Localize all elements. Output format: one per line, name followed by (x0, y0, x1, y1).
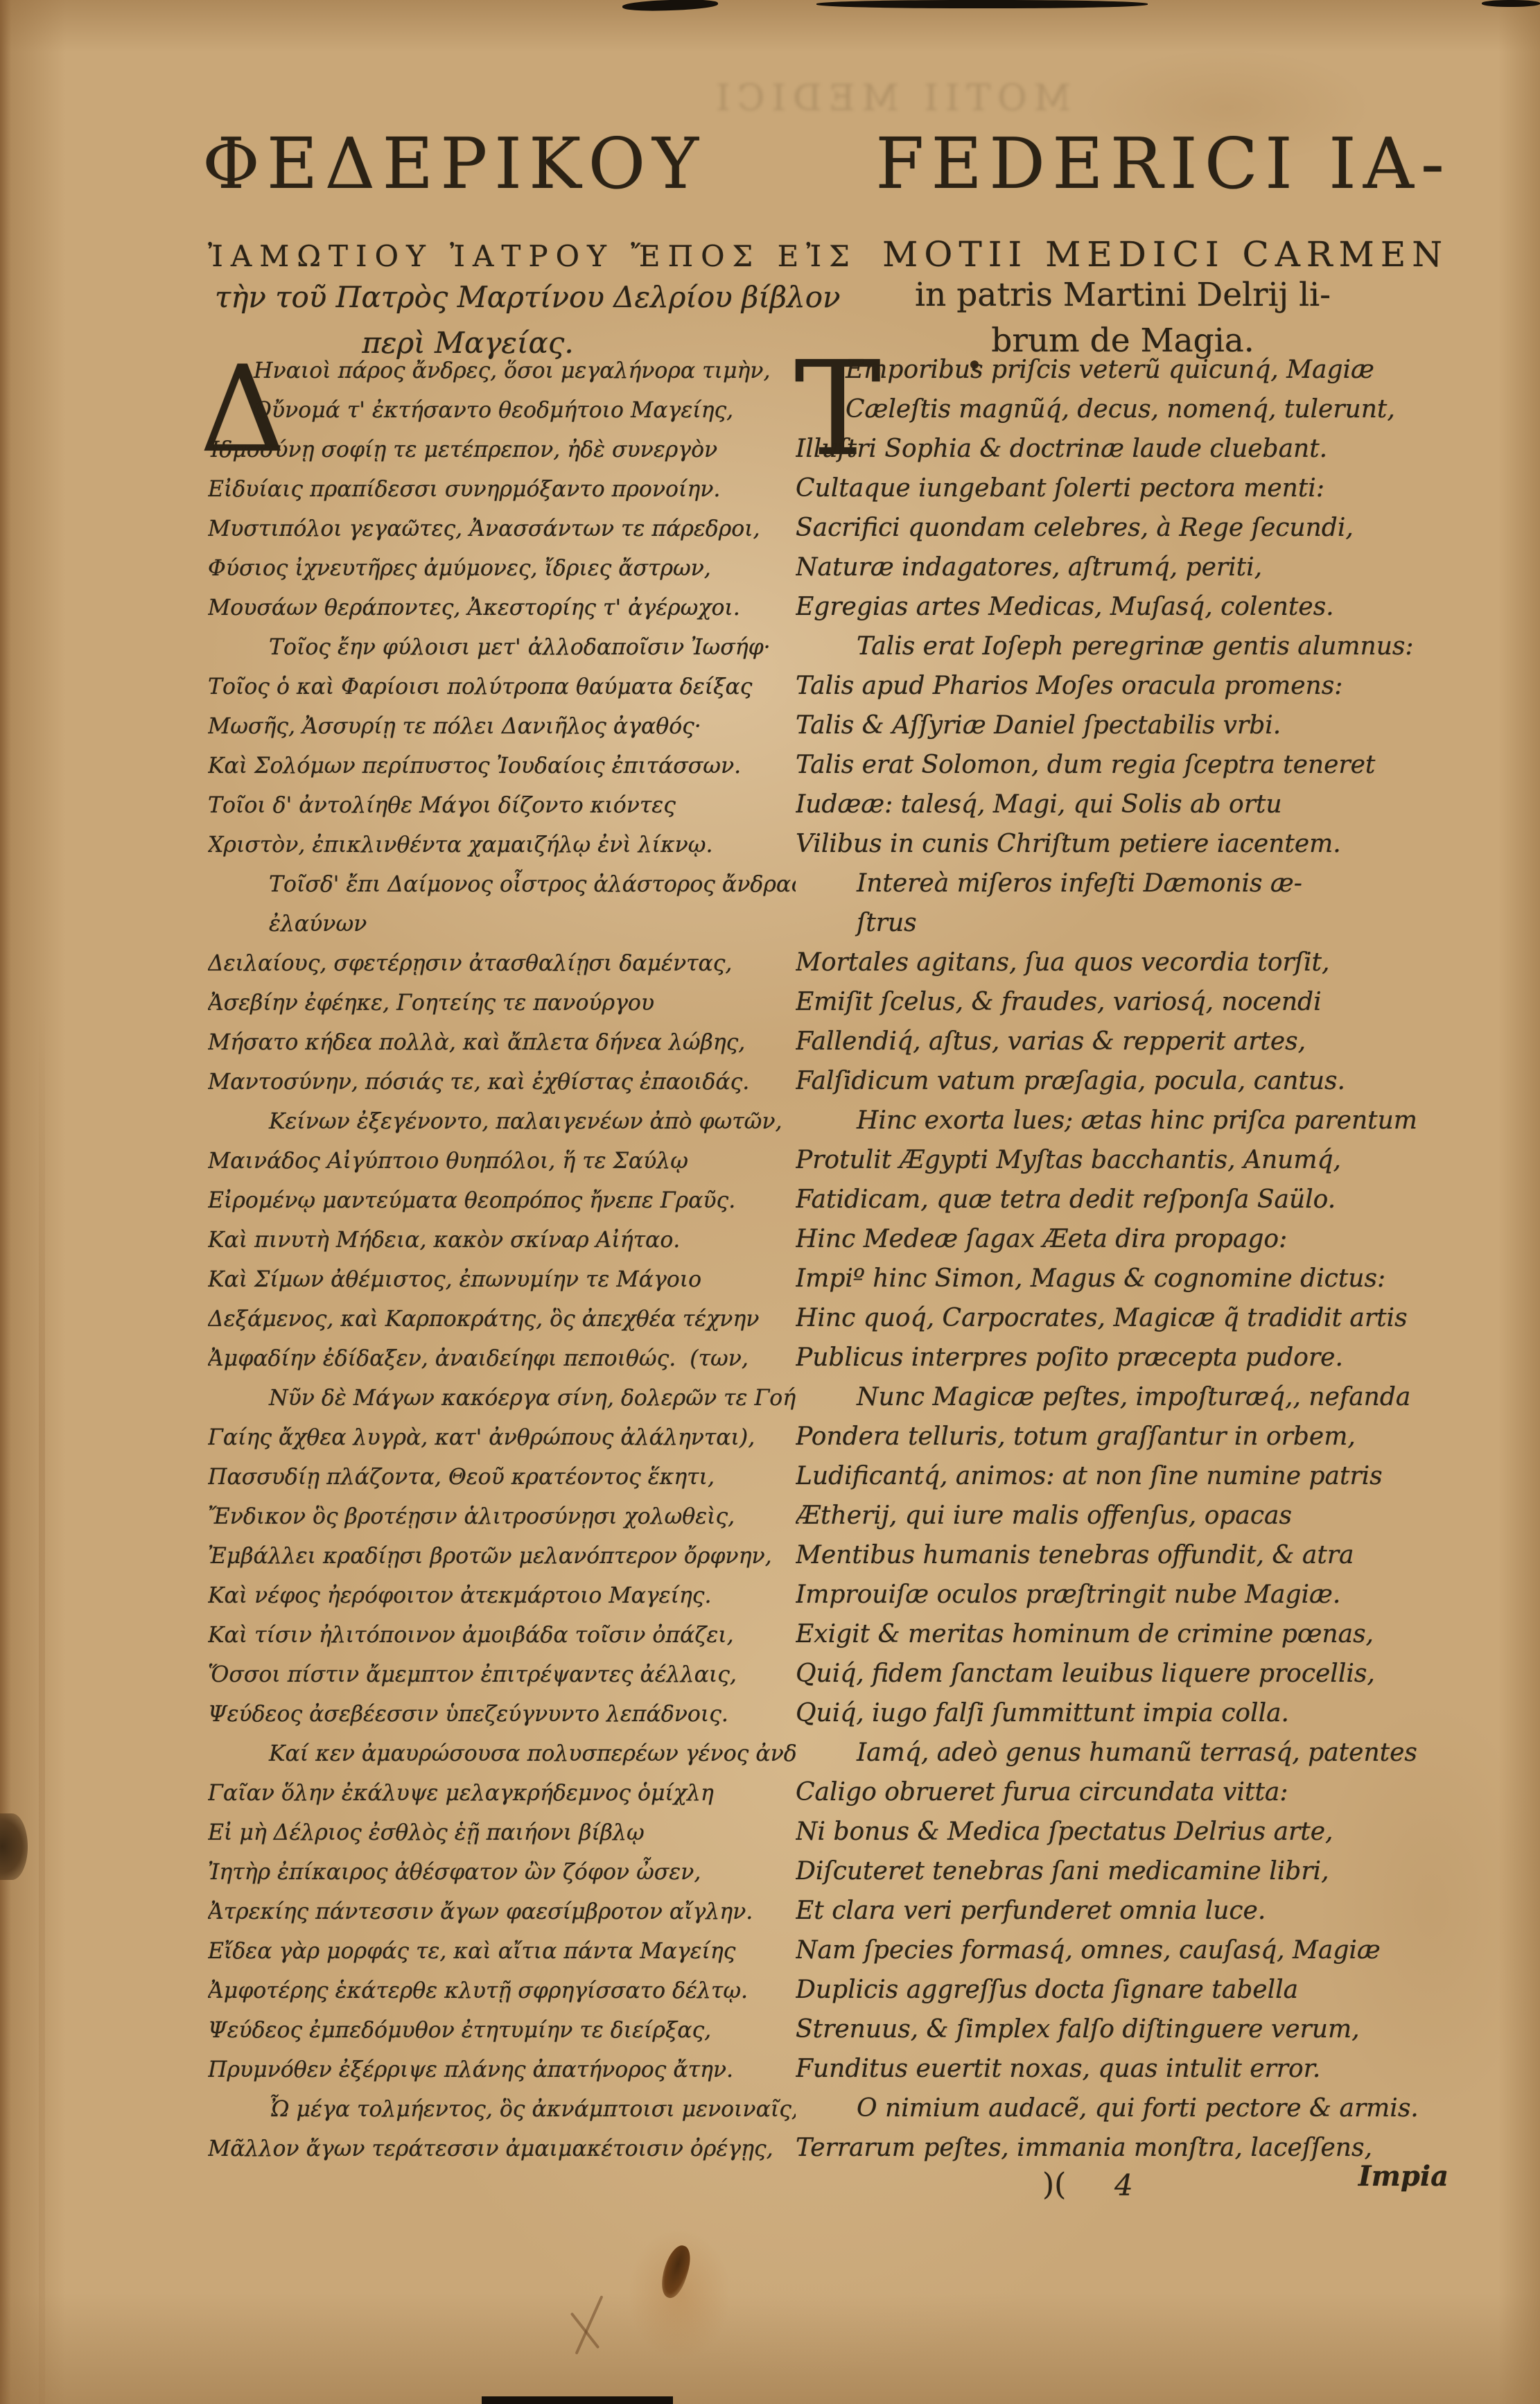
scan-smudge-top-right (1482, 0, 1540, 7)
greek-verse-line: Εἰδυίαις πραπίδεσσι συνηρμόξαντο προνοίη… (208, 470, 796, 509)
greek-verse-line: ἐλαύνων (208, 905, 796, 944)
greek-verse-line: Καὶ Σίμων ἀθέμιστος, ἐπωνυμίην τε Μάγοιο (208, 1260, 796, 1300)
verse-row: Ἰδμοσύνῃ σοφίῃ τε μετέπρεπον, ἠδὲ συνεργ… (208, 429, 1455, 469)
latin-verse-line: Et clara veri perfunderet omnia luce. (796, 1891, 1455, 1931)
verse-row: Κείνων ἐξεγένοντο, παλαιγενέων ἀπὸ φωτῶν… (208, 1101, 1455, 1140)
greek-verse-line: Ψεύδεος ἀσεβέεσσιν ὑπεζεύγνυντο λεπάδνοι… (208, 1695, 796, 1734)
catchword: Impia (1317, 2160, 1449, 2193)
greek-verse-line: Ἀτρεκίης πάντεσσιν ἄγων φαεσίμβροτον αἴγ… (208, 1892, 796, 1932)
greek-verse-line: Ἀμφοτέρης ἑκάτερθε κλυτῇ σφρηγίσσατο δέλ… (208, 1971, 796, 2011)
verse-row: Ἰητὴρ ἐπίκαιρος ἀθέσφατον ὢν ζόφον ὦσεν,… (208, 1852, 1455, 1891)
greek-verse-line: Ἰδμοσύνῃ σοφίῃ τε μετέπρεπον, ἠδὲ συνεργ… (208, 430, 796, 470)
greek-verse-line: Μαινάδος Αἰγύπτοιο θυηπόλοι, ἥ τε Σαύλῳ (208, 1142, 796, 1181)
latin-verse-line: Hinc exorta lues; ætas hinc priſca paren… (796, 1101, 1455, 1140)
verse-row: Ἀμφοτέρης ἑκάτερθε κλυτῇ σφρηγίσσατο δέλ… (208, 1970, 1455, 2010)
verse-row: Μαινάδος Αἰγύπτοιο θυηπόλοι, ἥ τε ΣαύλῳP… (208, 1140, 1455, 1180)
latin-verse-line: Fatidicam, quæ tetra dedit reſponſa Saül… (796, 1180, 1455, 1219)
page-title: ΦΕΔΕΡΙΚΟΥ FEDERICI IA- (202, 129, 1451, 199)
greek-verse-line: Ἔνδικον ὃς βροτέῃσιν ἁλιτροσύνῃσι χολωθε… (208, 1497, 796, 1537)
verse-row: Τοῖσδ' ἔπι Δαίμονος οἶστρος ἀλάστορος ἄν… (208, 864, 1455, 903)
greek-verse-line: Οὔνομά τ' ἐκτήσαντο θεοδμήτοιο Μαγείης, (208, 391, 796, 430)
greek-verse-line: Χριστὸν, ἐπικλινθέντα χαμαιζήλῳ ἐνὶ λίκν… (208, 826, 796, 865)
verse-row: Γαίης ἄχθεα λυγρὰ, κατ' ἀνθρώπους ἀλάλην… (208, 1417, 1455, 1456)
verse-row: ἐλαύνωνſtrus (208, 903, 1455, 943)
latin-verse-line: Mortales agitans, ſua quos vecordia torſ… (796, 943, 1455, 982)
greek-verse-line: Εἰρομένῳ μαντεύματα θεοπρόπος ἤνεπε Γραῦ… (208, 1181, 796, 1221)
verse-row: Πασσυδίῃ πλάζοντα, Θεοῦ κρατέοντος ἕκητι… (208, 1456, 1455, 1496)
verse-row: Ἀτρεκίης πάντεσσιν ἄγων φαεσίμβροτον αἴγ… (208, 1891, 1455, 1931)
greek-verse-line: Πρυμνόθεν ἐξέρριψε πλάνης ἀπατήνορος ἄτη… (208, 2050, 796, 2090)
bleed-through-ghost-text: MOTII MEDICI (627, 78, 1071, 119)
verse-row: Πρυμνόθεν ἐξέρριψε πλάνης ἀπατήνορος ἄτη… (208, 2049, 1455, 2089)
verse-row: Καὶ τίσιν ἠλιτόποινον ἀμοιβάδα τοῖσιν ὀπ… (208, 1614, 1455, 1654)
greek-verse-line: Ηναιοὶ πάρος ἄνδρες, ὅσοι μεγαλήνορα τιμ… (208, 351, 796, 391)
greek-verse-line: Ἀμφαδίην ἐδίδαξεν, ἀναιδείηφι πεποιθώς. … (208, 1339, 796, 1379)
latin-verse-line: Quiq́, fidem ſanctam leuibus liquere pro… (796, 1654, 1455, 1693)
greek-verse-line: Καί κεν ἀμαυρώσουσα πολυσπερέων γένος ἀν… (208, 1734, 796, 1774)
greek-verse-line: Τοῖσδ' ἔπι Δαίμονος οἶστρος ἀλάστορος ἄν… (208, 865, 796, 905)
verse-row: Τοῖος ἔην φύλοισι μετ' ἀλλοδαποῖσιν Ἰωσή… (208, 627, 1455, 666)
latin-verse-line: Vilibus in cunis Chriſtum petiere iacent… (796, 824, 1455, 864)
subtitle-caps-row: ἸΑΜΩΤΙΟΥ ἸΑΤΡΟΥ ἜΠΟΣ ΕἸΣ MOTII MEDICI CA… (208, 234, 1449, 275)
latin-verse-line: Fallendiq́, aſtus, varias & repperit art… (796, 1022, 1455, 1061)
latin-verse-line: Sacrifici quondam celebres, à Rege ſecun… (796, 508, 1455, 548)
verse-row: Οὔνομά τ' ἐκτήσαντο θεοδμήτοιο Μαγείης,C… (208, 390, 1455, 429)
subtitle-greek-line2: τὴν τοῦ Πατρὸς Μαρτίνου Δελρίου βίβλον (215, 280, 721, 314)
verse-row: Καὶ νέφος ἠερόφοιτον ἀτεκμάρτοιο Μαγείης… (208, 1575, 1455, 1614)
paper-crease (39, 1005, 45, 2404)
latin-verse-line: Iamq́, adeò genus humanũ terrasq́, paten… (796, 1733, 1455, 1772)
latin-verse-line: Ludificantq́, animos: at non ſine numine… (796, 1456, 1455, 1496)
latin-verse-line: Strenuus, & ſimplex falſo diſtinguere ve… (796, 2010, 1455, 2049)
latin-verse-line: Talis apud Pharios Moſes oracula promens… (796, 666, 1455, 706)
greek-verse-line: Τοῖος ἔην φύλοισι μετ' ἀλλοδαποῖσιν Ἰωσή… (208, 628, 796, 668)
verse-row: Δειλαίους, σφετέρῃσιν ἀτασθαλίῃσι δαμέντ… (208, 943, 1455, 982)
verse-row: Ψεύδεος ἐμπεδόμυθον ἐτητυμίην τε διείρξα… (208, 2010, 1455, 2049)
latin-verse-line: Ætherij, qui iure malis offenſus, opacas (796, 1496, 1455, 1535)
greek-verse-line: Γαῖαν ὅλην ἐκάλυψε μελαγκρήδεμνος ὁμίχλη (208, 1774, 796, 1813)
verse-row: Ὦ μέγα τολμήεντος, ὃς ἀκνάμπτοισι μενοιν… (208, 2089, 1455, 2128)
verse-row: Ψεύδεος ἀσεβέεσσιν ὑπεζεύγνυντο λεπάδνοι… (208, 1693, 1455, 1733)
latin-verse-line: Funditus euertit noxas, quas intulit err… (796, 2049, 1455, 2089)
greek-verse-line: Ἀσεβίην ἐφέηκε, Γοητείης τε πανούργου (208, 984, 796, 1023)
latin-verse-line: Egregias artes Medicas, Muſasq́, colente… (796, 587, 1455, 627)
verse-row: Ὅσσοι πίστιν ἄμεμπτον ἐπιτρέψαντες ἀέλλα… (208, 1654, 1455, 1693)
verse-row: Καὶ Σολόμων περίπυστος Ἰουδαίοις ἐπιτάσσ… (208, 745, 1455, 785)
latin-verse-line: Illuſtri Sophia & doctrinæ laude clueban… (796, 429, 1455, 469)
verse-columns: Ηναιοὶ πάρος ἄνδρες, ὅσοι μεγαλήνορα τιμ… (208, 350, 1455, 2168)
greek-verse-line: Ψεύδεος ἐμπεδόμυθον ἐτητυμίην τε διείρξα… (208, 2011, 796, 2050)
greek-verse-line: Μᾶλλον ἄγων τεράτεσσιν ἀμαιμακέτοισιν ὀρ… (208, 2129, 796, 2169)
latin-verse-line: O nimium audacẽ, qui forti pectore & arm… (796, 2089, 1455, 2128)
latin-verse-line: Publicus interpres poſito præcepta pudor… (796, 1338, 1455, 1377)
latin-verse-line: Naturæ indagatores, aſtrumq́, periti, (796, 548, 1455, 587)
greek-verse-line: Ἐμβάλλει κραδίῃσι βροτῶν μελανόπτερον ὄρ… (208, 1537, 796, 1576)
verse-row: Μήσατο κήδεα πολλὰ, καὶ ἄπλετα δήνεα λώβ… (208, 1022, 1455, 1061)
latin-verse-line: Improuiſæ oculos præſtringit nube Magiæ. (796, 1575, 1455, 1614)
verse-row: Μωσῆς, Ἀσσυρίῃ τε πόλει Δανιῆλος ἀγαθός·… (208, 706, 1455, 745)
greek-verse-line: Νῦν δὲ Μάγων κακόεργα σίνη, δολερῶν τε Γ… (208, 1379, 796, 1418)
scan-smudge-bottom (482, 2396, 673, 2404)
verse-row: Τοῖοι δ' ἀντολίηθε Μάγοι δίζοντο κιόντες… (208, 785, 1455, 824)
greek-verse-line: Κείνων ἐξεγένοντο, παλαιγενέων ἀπὸ φωτῶν… (208, 1102, 796, 1142)
latin-verse-line: Mentibus humanis tenebras offundit, & at… (796, 1535, 1455, 1575)
subtitle-latin-caps: MOTII MEDICI CARMEN (882, 234, 1449, 275)
verse-row: Εἰδυίαις πραπίδεσσι συνηρμόξαντο προνοίη… (208, 469, 1455, 508)
signature-number: 4 (1114, 2168, 1133, 2202)
verse-row: Καὶ πινυτὴ Μήδεια, κακὸν σκίναρ Αἰήταο.H… (208, 1219, 1455, 1259)
verse-row: Χριστὸν, ἐπικλινθέντα χαμαιζήλῳ ἐνὶ λίκν… (208, 824, 1455, 864)
verse-row: Εἴδεα γὰρ μορφάς τε, καὶ αἴτια πάντα Μαγ… (208, 1931, 1455, 1970)
latin-verse-line: Emporibus priſcis veterũ quicunq́, Magiæ (796, 350, 1455, 390)
latin-verse-line: ſtrus (796, 903, 1455, 943)
greek-verse-line: Εἰ μὴ Δέλριος ἐσθλὸς ἑῇ παιήονι βίβλῳ (208, 1813, 796, 1853)
verse-row: Γαῖαν ὅλην ἐκάλυψε μελαγκρήδεμνος ὁμίχλη… (208, 1772, 1455, 1812)
latin-verse-line: Nunc Magicæ peſtes, impoſturæq́,, nefand… (796, 1377, 1455, 1417)
verse-row: Ἀμφαδίην ἐδίδαξεν, ἀναιδείηφι πεποιθώς. … (208, 1338, 1455, 1377)
latin-verse-line: Falſidicum vatum præſagia, pocula, cantu… (796, 1061, 1455, 1101)
greek-verse-line: Μυστιπόλοι γεγαῶτες, Ἀνασσάντων τε πάρεδ… (208, 509, 796, 549)
pen-mark (570, 2312, 600, 2349)
greek-verse-line: Καὶ πινυτὴ Μήδεια, κακὸν σκίναρ Αἰήταο. (208, 1221, 796, 1260)
latin-verse-line: Hinc quoq́, Carpocrates, Magicæ q̃ tradi… (796, 1298, 1455, 1338)
latin-verse-line: Exigit & meritas hominum de crimine pœna… (796, 1614, 1455, 1654)
latin-verse-line: Hinc Medeæ ſagax Æeta dira propago: (796, 1219, 1455, 1259)
greek-verse-line: Πασσυδίῃ πλάζοντα, Θεοῦ κρατέοντος ἕκητι… (208, 1458, 796, 1497)
greek-verse-line: Καὶ Σολόμων περίπυστος Ἰουδαίοις ἐπιτάσσ… (208, 747, 796, 786)
verse-row: Εἰρομένῳ μαντεύματα θεοπρόπος ἤνεπε Γραῦ… (208, 1180, 1455, 1219)
scan-smudge-top-center (816, 0, 1148, 8)
scan-smudge-top-left (622, 0, 718, 12)
verse-row: Μουσάων θεράποντες, Ἀκεστορίης τ' ἀγέρωχ… (208, 587, 1455, 627)
latin-verse-line: Ni bonus & Medica ſpectatus Delrius arte… (796, 1812, 1455, 1852)
greek-verse-line: Καὶ τίσιν ἠλιτόποινον ἀμοιβάδα τοῖσιν ὀπ… (208, 1616, 796, 1655)
latin-verse-line: Cæleſtis magnũq́, decus, nomenq́, tuleru… (796, 390, 1455, 429)
latin-verse-line: Protulit Ægypti Myſtas bacchantis, Anumq… (796, 1140, 1455, 1180)
latin-verse-line: Intereà miſeros infeſti Dæmonis æ- (796, 864, 1455, 903)
verse-row: Καί κεν ἀμαυρώσουσα πολυσπερέων γένος ἀν… (208, 1733, 1455, 1772)
greek-verse-line: Τοῖοι δ' ἀντολίηθε Μάγοι δίζοντο κιόντες (208, 786, 796, 826)
greek-verse-line: Μωσῆς, Ἀσσυρίῃ τε πόλει Δανιῆλος ἀγαθός· (208, 707, 796, 747)
verse-row: Μᾶλλον ἄγων τεράτεσσιν ἀμαιμακέτοισιν ὀρ… (208, 2128, 1455, 2168)
verse-row: Εἰ μὴ Δέλριος ἐσθλὸς ἑῇ παιήονι βίβλῳNi … (208, 1812, 1455, 1852)
verse-row: Ηναιοὶ πάρος ἄνδρες, ὅσοι μεγαλήνορα τιμ… (208, 350, 1455, 390)
latin-verse-line: Quiq́, iugo falſi ſummittunt impia colla… (796, 1693, 1455, 1733)
verse-row: Φύσιος ἰχνευτῆρες ἀμύμονες, ἴδριες ἄστρω… (208, 548, 1455, 587)
greek-verse-line: Δεξάμενος, καὶ Καρποκράτης, ὃς ἀπεχθέα τ… (208, 1300, 796, 1339)
latin-verse-line: Cultaque iungebant ſolerti pectora menti… (796, 469, 1455, 508)
title-greek: ΦΕΔΕΡΙΚΟΥ (202, 129, 706, 199)
verse-row: Νῦν δὲ Μάγων κακόεργα σίνη, δολερῶν τε Γ… (208, 1377, 1455, 1417)
greek-verse-line: Ἰητὴρ ἐπίκαιρος ἀθέσφατον ὢν ζόφον ὦσεν, (208, 1853, 796, 1892)
greek-verse-line: Ὦ μέγα τολμήεντος, ὃς ἀκνάμπτοισι μενοιν… (208, 2090, 796, 2129)
greek-verse-line: Φύσιος ἰχνευτῆρες ἀμύμονες, ἴδριες ἄστρω… (208, 549, 796, 589)
greek-verse-line: Εἴδεα γὰρ μορφάς τε, καὶ αἴτια πάντα Μαγ… (208, 1932, 796, 1971)
greek-verse-line: Μαντοσύνην, πόσιάς τε, καὶ ἐχθίστας ἐπαο… (208, 1063, 796, 1102)
greek-verse-line: Καὶ νέφος ἠερόφοιτον ἀτεκμάρτοιο Μαγείης… (208, 1576, 796, 1616)
latin-verse-line: Talis erat Ioſeph peregrinæ gentis alumn… (796, 627, 1455, 666)
greek-verse-line: Γαίης ἄχθεα λυγρὰ, κατ' ἀνθρώπους ἀλάλην… (208, 1418, 796, 1458)
verse-row: Καὶ Σίμων ἀθέμιστος, ἐπωνυμίην τε Μάγοιο… (208, 1259, 1455, 1298)
latin-verse-line: Duplicis aggreſſus docta ſignare tabella (796, 1970, 1455, 2010)
latin-verse-line: Diſcuteret tenebras ſani medicamine libr… (796, 1852, 1455, 1891)
greek-verse-line: Μουσάων θεράποντες, Ἀκεστορίης τ' ἀγέρωχ… (208, 589, 796, 628)
verse-row: Ἔνδικον ὃς βροτέῃσιν ἁλιτροσύνῃσι χολωθε… (208, 1496, 1455, 1535)
latin-verse-line: Talis erat Solomon, dum regia ſceptra te… (796, 745, 1455, 785)
greek-verse-line: Τοῖος ὁ καὶ Φαρίοισι πολύτροπα θαύματα δ… (208, 668, 796, 707)
latin-verse-line: Impiº hinc Simon, Magus & cognomine dict… (796, 1259, 1455, 1298)
subtitle-latin-line2: in patris Martini Delrij li- (797, 276, 1449, 314)
verse-row: Τοῖος ὁ καὶ Φαρίοισι πολύτροπα θαύματα δ… (208, 666, 1455, 706)
signature-mark: )( (1042, 2167, 1066, 2202)
latin-verse-line: Nam ſpecies formasq́, omnes, cauſasq́, M… (796, 1931, 1455, 1970)
greek-verse-line: Μήσατο κήδεα πολλὰ, καὶ ἄπλετα δήνεα λώβ… (208, 1023, 796, 1063)
verse-row: Μυστιπόλοι γεγαῶτες, Ἀνασσάντων τε πάρεδ… (208, 508, 1455, 548)
title-latin: FEDERICI IA- (875, 129, 1451, 199)
latin-verse-line: Emiſit ſcelus, & fraudes, variosq́, noce… (796, 982, 1455, 1022)
latin-verse-line: Iudææ: talesq́, Magi, qui Solis ab ortu (796, 785, 1455, 824)
book-page: MOTII MEDICI ΦΕΔΕΡΙΚΟΥ FEDERICI IA- ἸΑΜΩ… (0, 0, 1540, 2404)
verse-row: Ἐμβάλλει κραδίῃσι βροτῶν μελανόπτερον ὄρ… (208, 1535, 1455, 1575)
latin-verse-line: Caligo obrueret furua circundata vitta: (796, 1772, 1455, 1812)
verse-row: Ἀσεβίην ἐφέηκε, Γοητείης τε πανούργουEmi… (208, 982, 1455, 1022)
greek-verse-line: Ὅσσοι πίστιν ἄμεμπτον ἐπιτρέψαντες ἀέλλα… (208, 1655, 796, 1695)
verse-row: Δεξάμενος, καὶ Καρποκράτης, ὃς ἀπεχθέα τ… (208, 1298, 1455, 1338)
latin-verse-line: Pondera telluris, totum graſſantur in or… (796, 1417, 1455, 1456)
margin-ink-blob (0, 1813, 28, 1880)
latin-verse-line: Talis & Aſſyriæ Daniel ſpectabilis vrbi. (796, 706, 1455, 745)
greek-verse-line: Δειλαίους, σφετέρῃσιν ἀτασθαλίῃσι δαμέντ… (208, 944, 796, 984)
subtitle-greek-caps: ἸΑΜΩΤΙΟΥ ἸΑΤΡΟΥ ἜΠΟΣ ΕἸΣ (208, 239, 857, 273)
verse-row: Μαντοσύνην, πόσιάς τε, καὶ ἐχθίστας ἐπαο… (208, 1061, 1455, 1101)
